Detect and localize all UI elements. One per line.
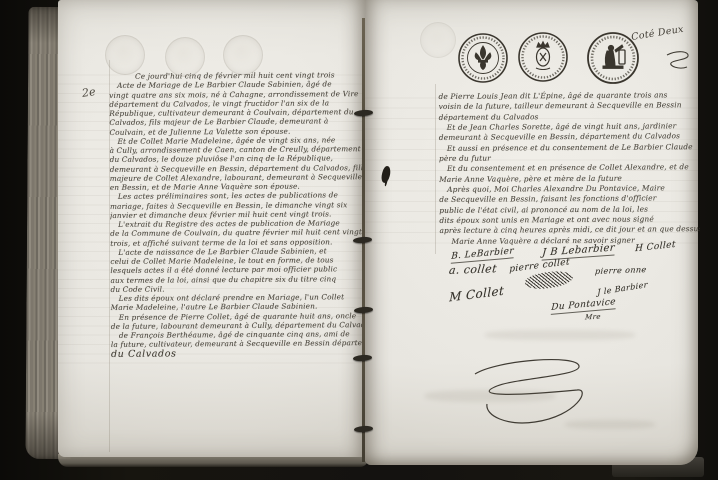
ink-showthrough (425, 390, 555, 402)
signature: pierre onne (595, 265, 648, 276)
scanned-register-photo: 2e Ce jourd'hui cinq de février mil huit… (0, 0, 718, 480)
signature: J le Barbier (597, 280, 648, 297)
handwritten-line: aux termes de la loi, ainsi que du chapi… (110, 274, 364, 285)
signature: H Collet (635, 240, 676, 254)
handwritten-line: Calvados, fils majeur de Le Barbier Clau… (109, 116, 363, 127)
ink-showthrough (485, 330, 635, 340)
signature: a. collet (448, 262, 497, 277)
signature: B. LeBarbier (451, 246, 514, 264)
signature: Du Pontavice (551, 297, 616, 315)
signature: Mre (585, 313, 602, 322)
handwritten-line: du Calvados (111, 348, 365, 359)
handwritten-line: la future, cultivateur, demeurant à Secq… (111, 338, 365, 349)
left-page-text: Ce jourd'hui cinq de février mil huit ce… (109, 70, 365, 359)
embossed-ghost-stamp (105, 35, 145, 75)
embossed-ghost-stamp (223, 35, 263, 75)
ink-showthrough (565, 420, 655, 429)
signature: M Collet (449, 284, 504, 305)
margin-folio-note: 2e (81, 85, 96, 100)
signature: J B Lebarbier (542, 242, 616, 260)
right-page: Coté Deux de Pierre Louis Jean dit L'Épi… (365, 0, 698, 465)
left-page: 2e Ce jourd'hui cinq de février mil huit… (58, 0, 365, 457)
